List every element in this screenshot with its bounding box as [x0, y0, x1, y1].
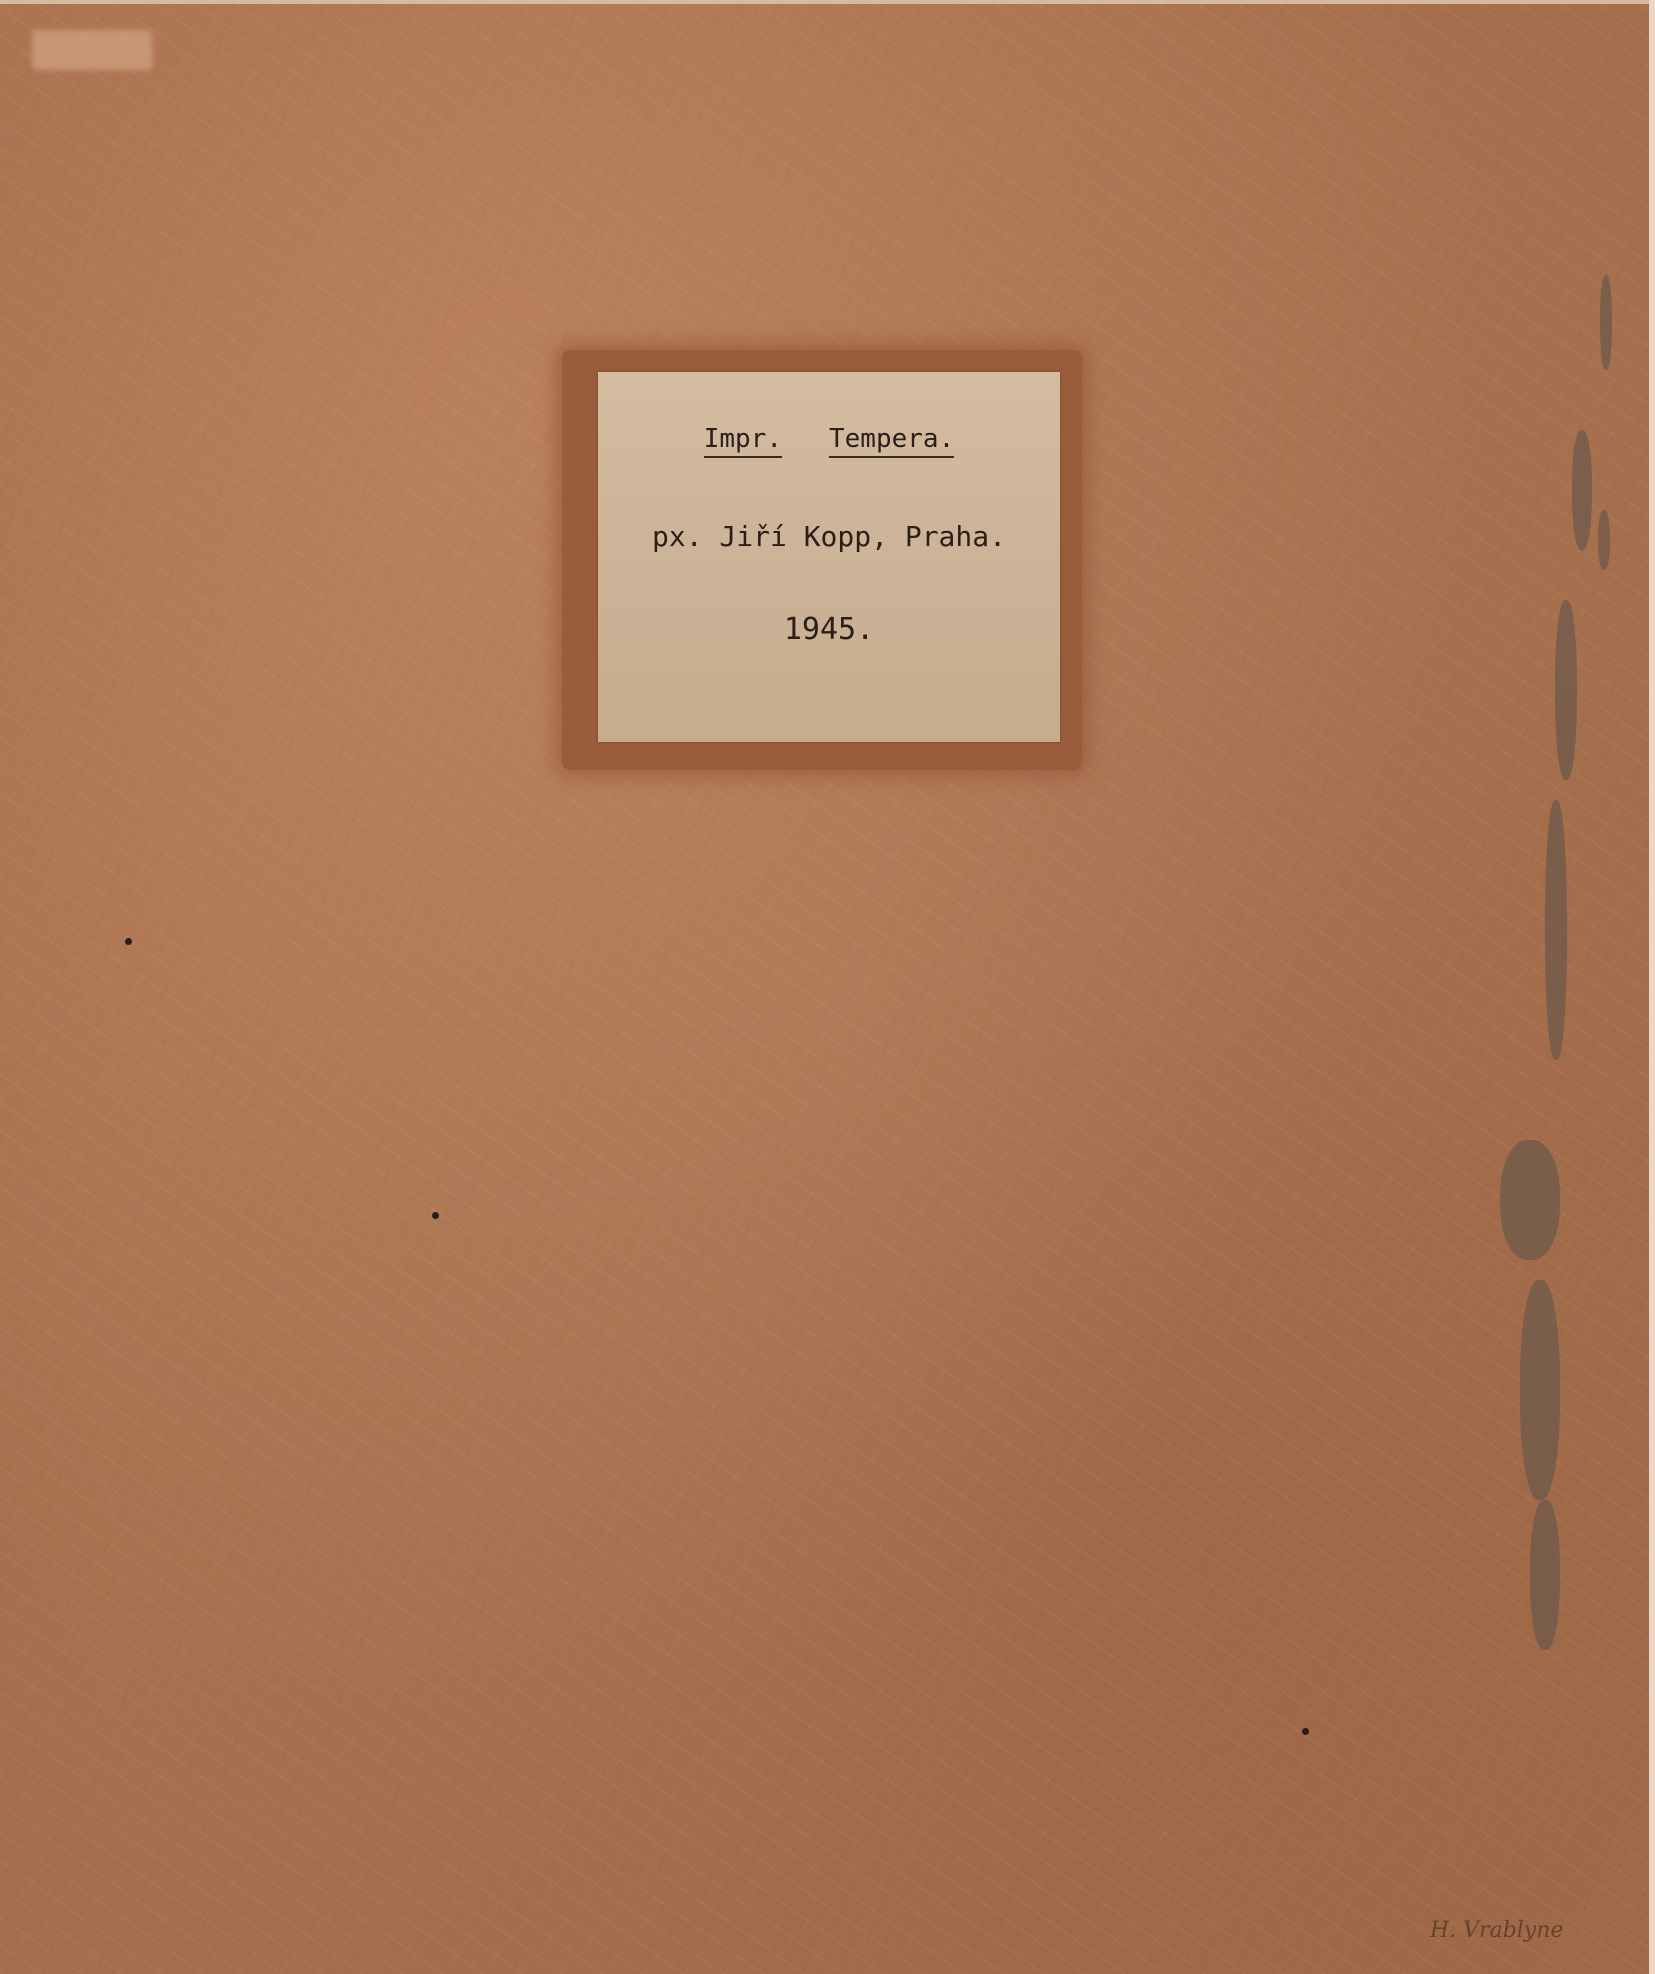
surface-speck: [1302, 1728, 1309, 1735]
water-stain: [1598, 510, 1610, 570]
water-stain: [1530, 1500, 1560, 1650]
pencil-signature: H. Vrablyne: [1430, 1918, 1563, 1943]
water-stain: [1520, 1280, 1560, 1500]
water-stain: [1545, 800, 1567, 1060]
water-stain: [1600, 275, 1612, 370]
label-medium-prefix: Impr.: [704, 424, 782, 458]
surface-speck: [432, 1212, 439, 1219]
label-medium: Tempera.: [829, 424, 954, 458]
water-stain: [1500, 1140, 1560, 1260]
surface-speck: [125, 938, 132, 945]
label-year: 1945.: [598, 612, 1060, 647]
fiber-texture: [0, 0, 1655, 1974]
worn-corner-patch: [32, 30, 152, 70]
label-provenance: px. Jiří Kopp, Praha.: [598, 520, 1060, 553]
label-medium-line: Impr. Tempera.: [598, 424, 1060, 454]
hardboard-verso: Impr. Tempera. px. Jiří Kopp, Praha. 194…: [0, 0, 1655, 1974]
board-right-edge: [1649, 0, 1655, 1974]
water-stain: [1572, 430, 1592, 550]
paper-label: Impr. Tempera. px. Jiří Kopp, Praha. 194…: [598, 372, 1060, 742]
water-stain: [1555, 600, 1577, 780]
board-top-edge: [0, 0, 1655, 4]
